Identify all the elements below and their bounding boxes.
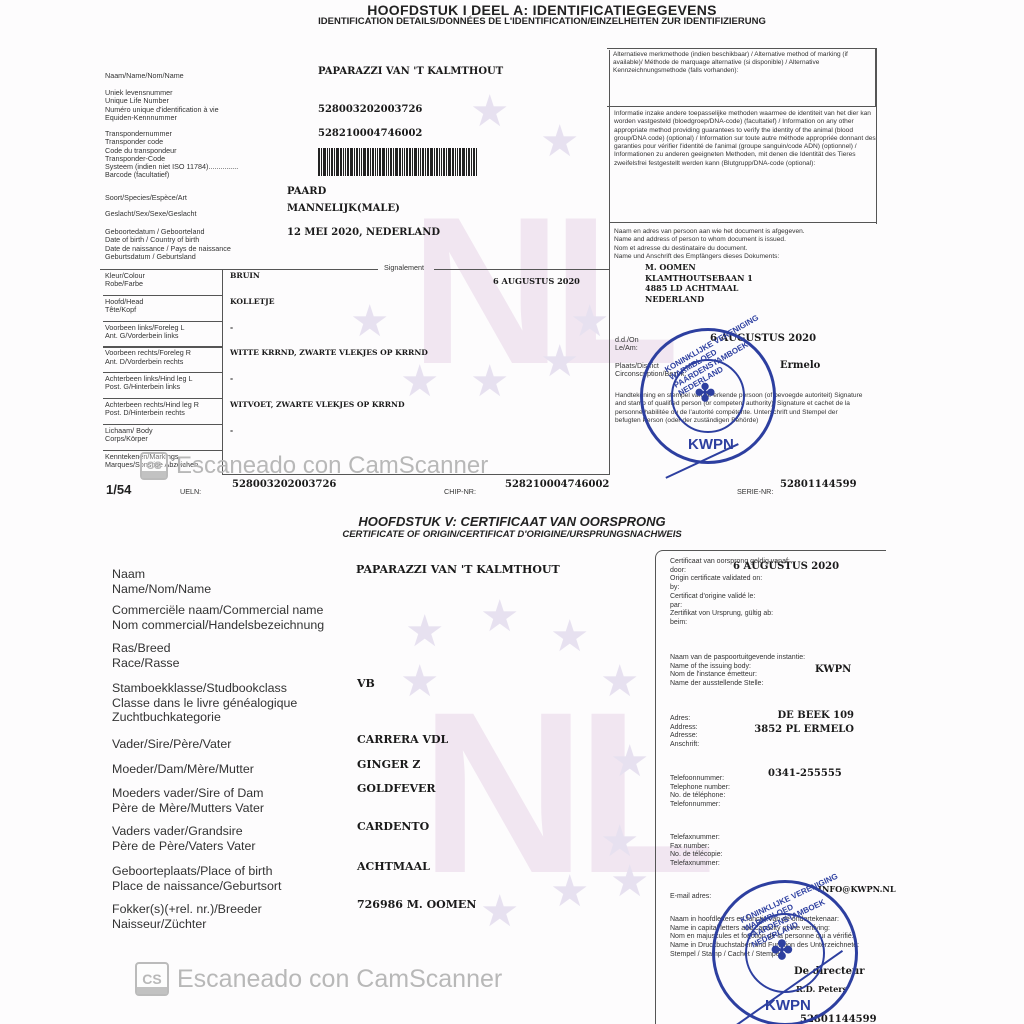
origin-label: Ras/BreedRace/Rasse [112,641,180,670]
divider [103,295,222,296]
origin-value: GOLDFEVER [357,782,436,795]
barcode [318,148,478,176]
camscanner-watermark: CS Escaneado con CamScanner [135,962,502,996]
camscanner-watermark: CS Escaneado con CamScanner [140,452,488,480]
origin-value: ACHTMAAL [357,860,430,873]
marking-label: Voorbeen rechts/Foreleg RAnt. D/Vorderbe… [105,349,191,366]
marking-label: Hoofd/HeadTête/Kopf [105,298,143,315]
label-transponder: TranspondernummerTransponder codeCode du… [105,130,238,180]
star-icon: ★ [470,90,509,134]
issuer-value: KWPN [815,664,851,675]
marking-value: WITVOET, ZWARTE VLEKJES OP KRRND [230,400,405,409]
value-ueln: 528003202003726 [318,104,422,115]
divider [103,450,222,451]
signalement-date: 6 AUGUSTUS 2020 [493,276,580,286]
recipient-label: Naam en adres van persoon aan wie het do… [614,228,805,261]
value-birth: 12 MEI 2020, NEDERLAND [287,227,440,238]
star-icon: ★ [610,740,649,784]
label-birth: Geboortedatum / GeboortelandDate of birt… [105,228,231,261]
ueln-label: UELN: [180,488,201,496]
origin-value: 726986 M. OOMEN [357,898,476,911]
marking-value: BRUIN [230,271,260,280]
marking-value: WITTE KRRND, ZWARTE VLEKJES OP KRRND [230,348,428,357]
footer-chip: 528210004746002 [505,479,609,490]
label-species: Soort/Species/Espèce/Art [105,194,187,202]
place-value: Ermelo [780,360,820,371]
marking-label: Voorbeen links/Foreleg LAnt. G/Vorderbei… [105,324,185,341]
origin-label: Commerciële naam/Commercial nameNom comm… [112,603,324,632]
page-number: 1/54 [106,482,131,497]
marking-label: Lichaam/ BodyCorps/Körper [105,427,153,444]
marking-label: Kleur/ColourRobe/Farbe [105,272,145,289]
divider [876,48,877,224]
phone-label: Telefoonnummer:Telephone number:No. de t… [670,775,730,810]
star-icon: ★ [550,615,589,659]
marking-value: - [230,426,233,435]
part-a-subtitle: IDENTIFICATION DETAILS/DONNÉES DE L'IDEN… [0,16,1024,27]
origin-value: CARDENTO [357,820,429,833]
issuer-label: Naam van de paspoortuitgevende instantie… [670,654,805,689]
chip-label: CHIP-NR: [444,488,476,496]
divider [434,269,609,270]
star-icon: ★ [600,660,639,704]
email-label: E-mail adres: [670,893,711,901]
camscanner-logo-icon: CS [140,452,168,480]
divider [103,346,222,347]
origin-value: VB [357,677,375,690]
origin-value: PAPARAZZI VAN 'T KALMTHOUT [356,563,560,576]
other-info-text: Informatie inzake andere toepasselijke m… [614,110,876,168]
label-ueln: Uniek levensnummerUnique Life NumberNumé… [105,89,219,122]
address-value: DE BEEK 1093852 PL ERMELO [742,709,854,737]
value-name: PAPARAZZI VAN 'T KALMTHOUT [318,66,503,77]
star-icon: ★ [610,860,649,904]
marking-value: KOLLETJE [230,297,275,306]
origin-label: Vader/Sire/Père/Vater [112,737,231,752]
fax-label: Telefaxnummer:Fax number:No. de télécopi… [670,834,723,869]
serie-label: SERIE-NR: [737,488,773,496]
divider [103,424,222,425]
value-species: PAARD [287,186,326,197]
star-icon: ★ [400,360,439,404]
recipient-address: M. OOMENKLAMTHOUTSEBAAN 14885 LD ACHTMAA… [645,262,753,304]
value-transponder: 528210004746002 [318,128,422,139]
marking-label: Achterbeen links/Hind leg LPost. G/Hinte… [105,375,193,392]
star-icon: ★ [405,610,444,654]
divider [609,50,610,475]
address-label: Adres:Address:Adresse:Anschrift: [670,715,699,750]
label-sex: Geslacht/Sex/Sexe/Geslacht [105,210,197,218]
phone-value: 0341-255555 [768,768,842,779]
star-icon: ★ [350,300,389,344]
part-v-subtitle: CERTIFICATE OF ORIGIN/CERTIFICAT D'ORIGI… [0,529,1024,540]
footer-ueln: 528003202003726 [232,479,336,490]
origin-label: Vaders vader/GrandsirePère de Père/Vater… [112,824,255,853]
divider [103,398,222,399]
star-icon: ★ [550,870,589,914]
origin-label: Geboorteplaats/Place of birthPlace de na… [112,864,281,893]
divider [103,321,222,322]
divider [222,269,223,475]
value-sex: MANNELIJK(MALE) [287,203,400,214]
validated-date: 6 AUGUSTUS 2020 [733,561,839,572]
star-icon: ★ [470,360,509,404]
divider [103,372,222,373]
origin-label: Moeder/Dam/Mère/Mutter [112,762,254,777]
label-name: Naam/Name/Nom/Name [105,72,184,80]
star-icon: ★ [400,660,439,704]
origin-label: NaamName/Nom/Name [112,567,211,596]
alt-method-box: Alternatieve merkmethode (indien beschik… [607,48,876,107]
kwpn-stamp: KONINKLIJKE VERENIGING WARMBLOED PAARDEN… [712,880,858,1024]
marking-value: - [230,374,233,383]
origin-value: GINGER Z [357,758,420,771]
origin-label: Stamboekklasse/StudbookclassClasse dans … [112,681,297,725]
star-icon: ★ [480,595,519,639]
footer-serie: 52801144599 [780,479,857,490]
marking-value: - [230,323,233,332]
star-icon: ★ [540,120,579,164]
star-icon: ★ [570,300,609,344]
marking-label: Achterbeen rechts/Hind leg RPost. D/Hint… [105,401,199,418]
star-icon: ★ [480,890,519,934]
origin-label: Fokker(s)(+rel. nr.)/BreederNaisseur/Züc… [112,902,262,931]
signalement-label: Signalement [384,264,424,272]
origin-label: Moeders vader/Sire of DamPère de Mère/Mu… [112,786,264,815]
part-v-title: HOOFDSTUK V: CERTIFICAAT VAN OORSPRONG [0,514,1024,529]
origin-value: CARRERA VDL [357,733,448,746]
divider [609,222,877,223]
camscanner-logo-icon: CS [135,962,169,996]
kwpn-stamp: KONINKLIJKE VERENIGING WARMBLOED PAARDEN… [640,328,776,464]
divider [100,269,378,270]
on-label: d.d./OnLe/Am: [615,336,639,353]
